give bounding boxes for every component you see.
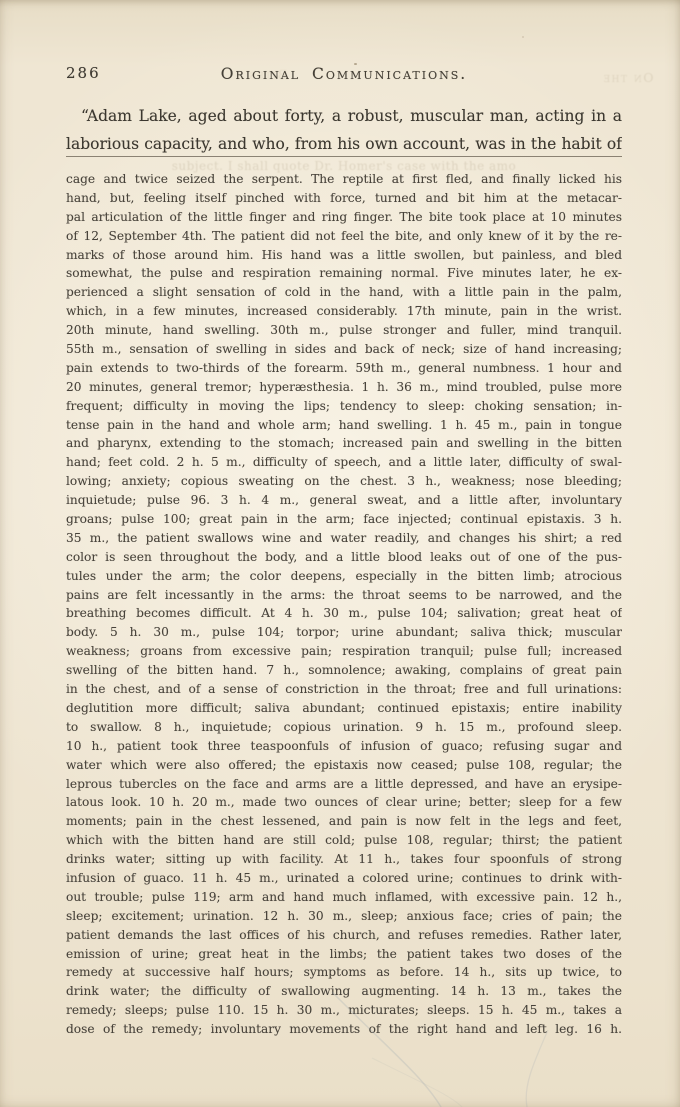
footnote-line: frequent; difficulty in moving the lips;… — [66, 397, 622, 416]
footnote-line: and pharynx, extending to the stomach; i… — [66, 434, 622, 453]
footnote-line: 55th m., sensation of swelling in sides … — [66, 340, 622, 359]
footnote-block: cage and twice seized the serpent. The r… — [66, 170, 622, 1039]
footnote-line: marks of those around him. His hand was … — [66, 246, 622, 265]
footnote-line: emission of urine; great heat in the lim… — [66, 945, 622, 964]
footnote-line: pain extends to two-thirds of the forear… — [66, 359, 622, 378]
footnote-line: color is seen throughout the body, and a… — [66, 548, 622, 567]
footnote-line: breathing becomes difficult. At 4 h. 30 … — [66, 604, 622, 623]
footnote-line: deglutition more difficult; saliva abund… — [66, 699, 622, 718]
footnote-line: to swallow. 8 h., inquietude; copious ur… — [66, 718, 622, 737]
footnote-line: drink water; the difficulty of swallowin… — [66, 982, 622, 1001]
footnote-separator-rule — [66, 156, 622, 157]
footnote-line: remedy at successive half hours; symptom… — [66, 963, 622, 982]
footnote-line: water which were also offered; the epist… — [66, 756, 622, 775]
footnote-line: somewhat, the pulse and respiration rema… — [66, 264, 622, 283]
footnote-line: patient demands the last offices of his … — [66, 926, 622, 945]
footnote-line: 35 m., the patient swallows wine and wat… — [66, 529, 622, 548]
footnote-line: swelling of the bitten hand. 7 h., somno… — [66, 661, 622, 680]
footnote-line: in the chest, and of a sense of constric… — [66, 680, 622, 699]
footnote-line: sleep; excitement; urination. 12 h. 30 m… — [66, 907, 622, 926]
footnote-line: 20 minutes, general tremor; hyperæsthesi… — [66, 378, 622, 397]
footnote-line: lowing; anxiety; copious sweating on the… — [66, 472, 622, 491]
footnote-line: groans; pulse 100; great pain in the arm… — [66, 510, 622, 529]
intro-paragraph: “Adam Lake, aged about forty, a robust, … — [66, 102, 622, 158]
footnote-line: weakness; groans from excessive pain; re… — [66, 642, 622, 661]
footnote-line: dose of the remedy; involuntary movement… — [66, 1020, 622, 1039]
footnote-line: which, in a few minutes, increased consi… — [66, 302, 622, 321]
footnote-line: tense pain in the hand and whole arm; ha… — [66, 416, 622, 435]
footnote-line: tules under the arm; the color deepens, … — [66, 567, 622, 586]
footnote-line: 20th minute, hand swelling. 30th m., pul… — [66, 321, 622, 340]
footnote-line: pains are felt incessantly in the arms: … — [66, 586, 622, 605]
footnote-line: cage and twice seized the serpent. The r… — [66, 170, 622, 189]
intro-line: laborious capacity, and who, from his ow… — [66, 130, 622, 158]
paper-speck — [522, 36, 524, 38]
running-head: Original Communications. — [66, 65, 622, 83]
footnote-line: of 12, September 4th. The patient did no… — [66, 227, 622, 246]
footnote-line: remedy; sleeps; pulse 110. 15 h. 30 m., … — [66, 1001, 622, 1020]
footnote-line: out trouble; pulse 119; arm and hand muc… — [66, 888, 622, 907]
footnote-line: body. 5 h. 30 m., pulse 104; torpor; uri… — [66, 623, 622, 642]
footnote-line: infusion of guaco. 11 h. 45 m., urinated… — [66, 869, 622, 888]
footnote-line: which with the bitten hand are still col… — [66, 831, 622, 850]
footnote-line: hand, but, feeling itself pinched with f… — [66, 189, 622, 208]
footnote-line: inquietude; pulse 96. 3 h. 4 m., general… — [66, 491, 622, 510]
footnote-line: 10 h., patient took three teaspoonfuls o… — [66, 737, 622, 756]
footnote-line: latous look. 10 h. 20 m., made two ounce… — [66, 793, 622, 812]
footnote-line: hand; feet cold. 2 h. 5 m., difficulty o… — [66, 453, 622, 472]
footnote-line: pal articulation of the little finger an… — [66, 208, 622, 227]
footnote-line: perienced a slight sensation of cold in … — [66, 283, 622, 302]
footnote-line: leprous tubercles on the face and arms a… — [66, 775, 622, 794]
footnote-line: moments; pain in the chest lessened, and… — [66, 812, 622, 831]
intro-line: “Adam Lake, aged about forty, a robust, … — [66, 102, 622, 130]
footnote-line: drinks water; sitting up with facility. … — [66, 850, 622, 869]
